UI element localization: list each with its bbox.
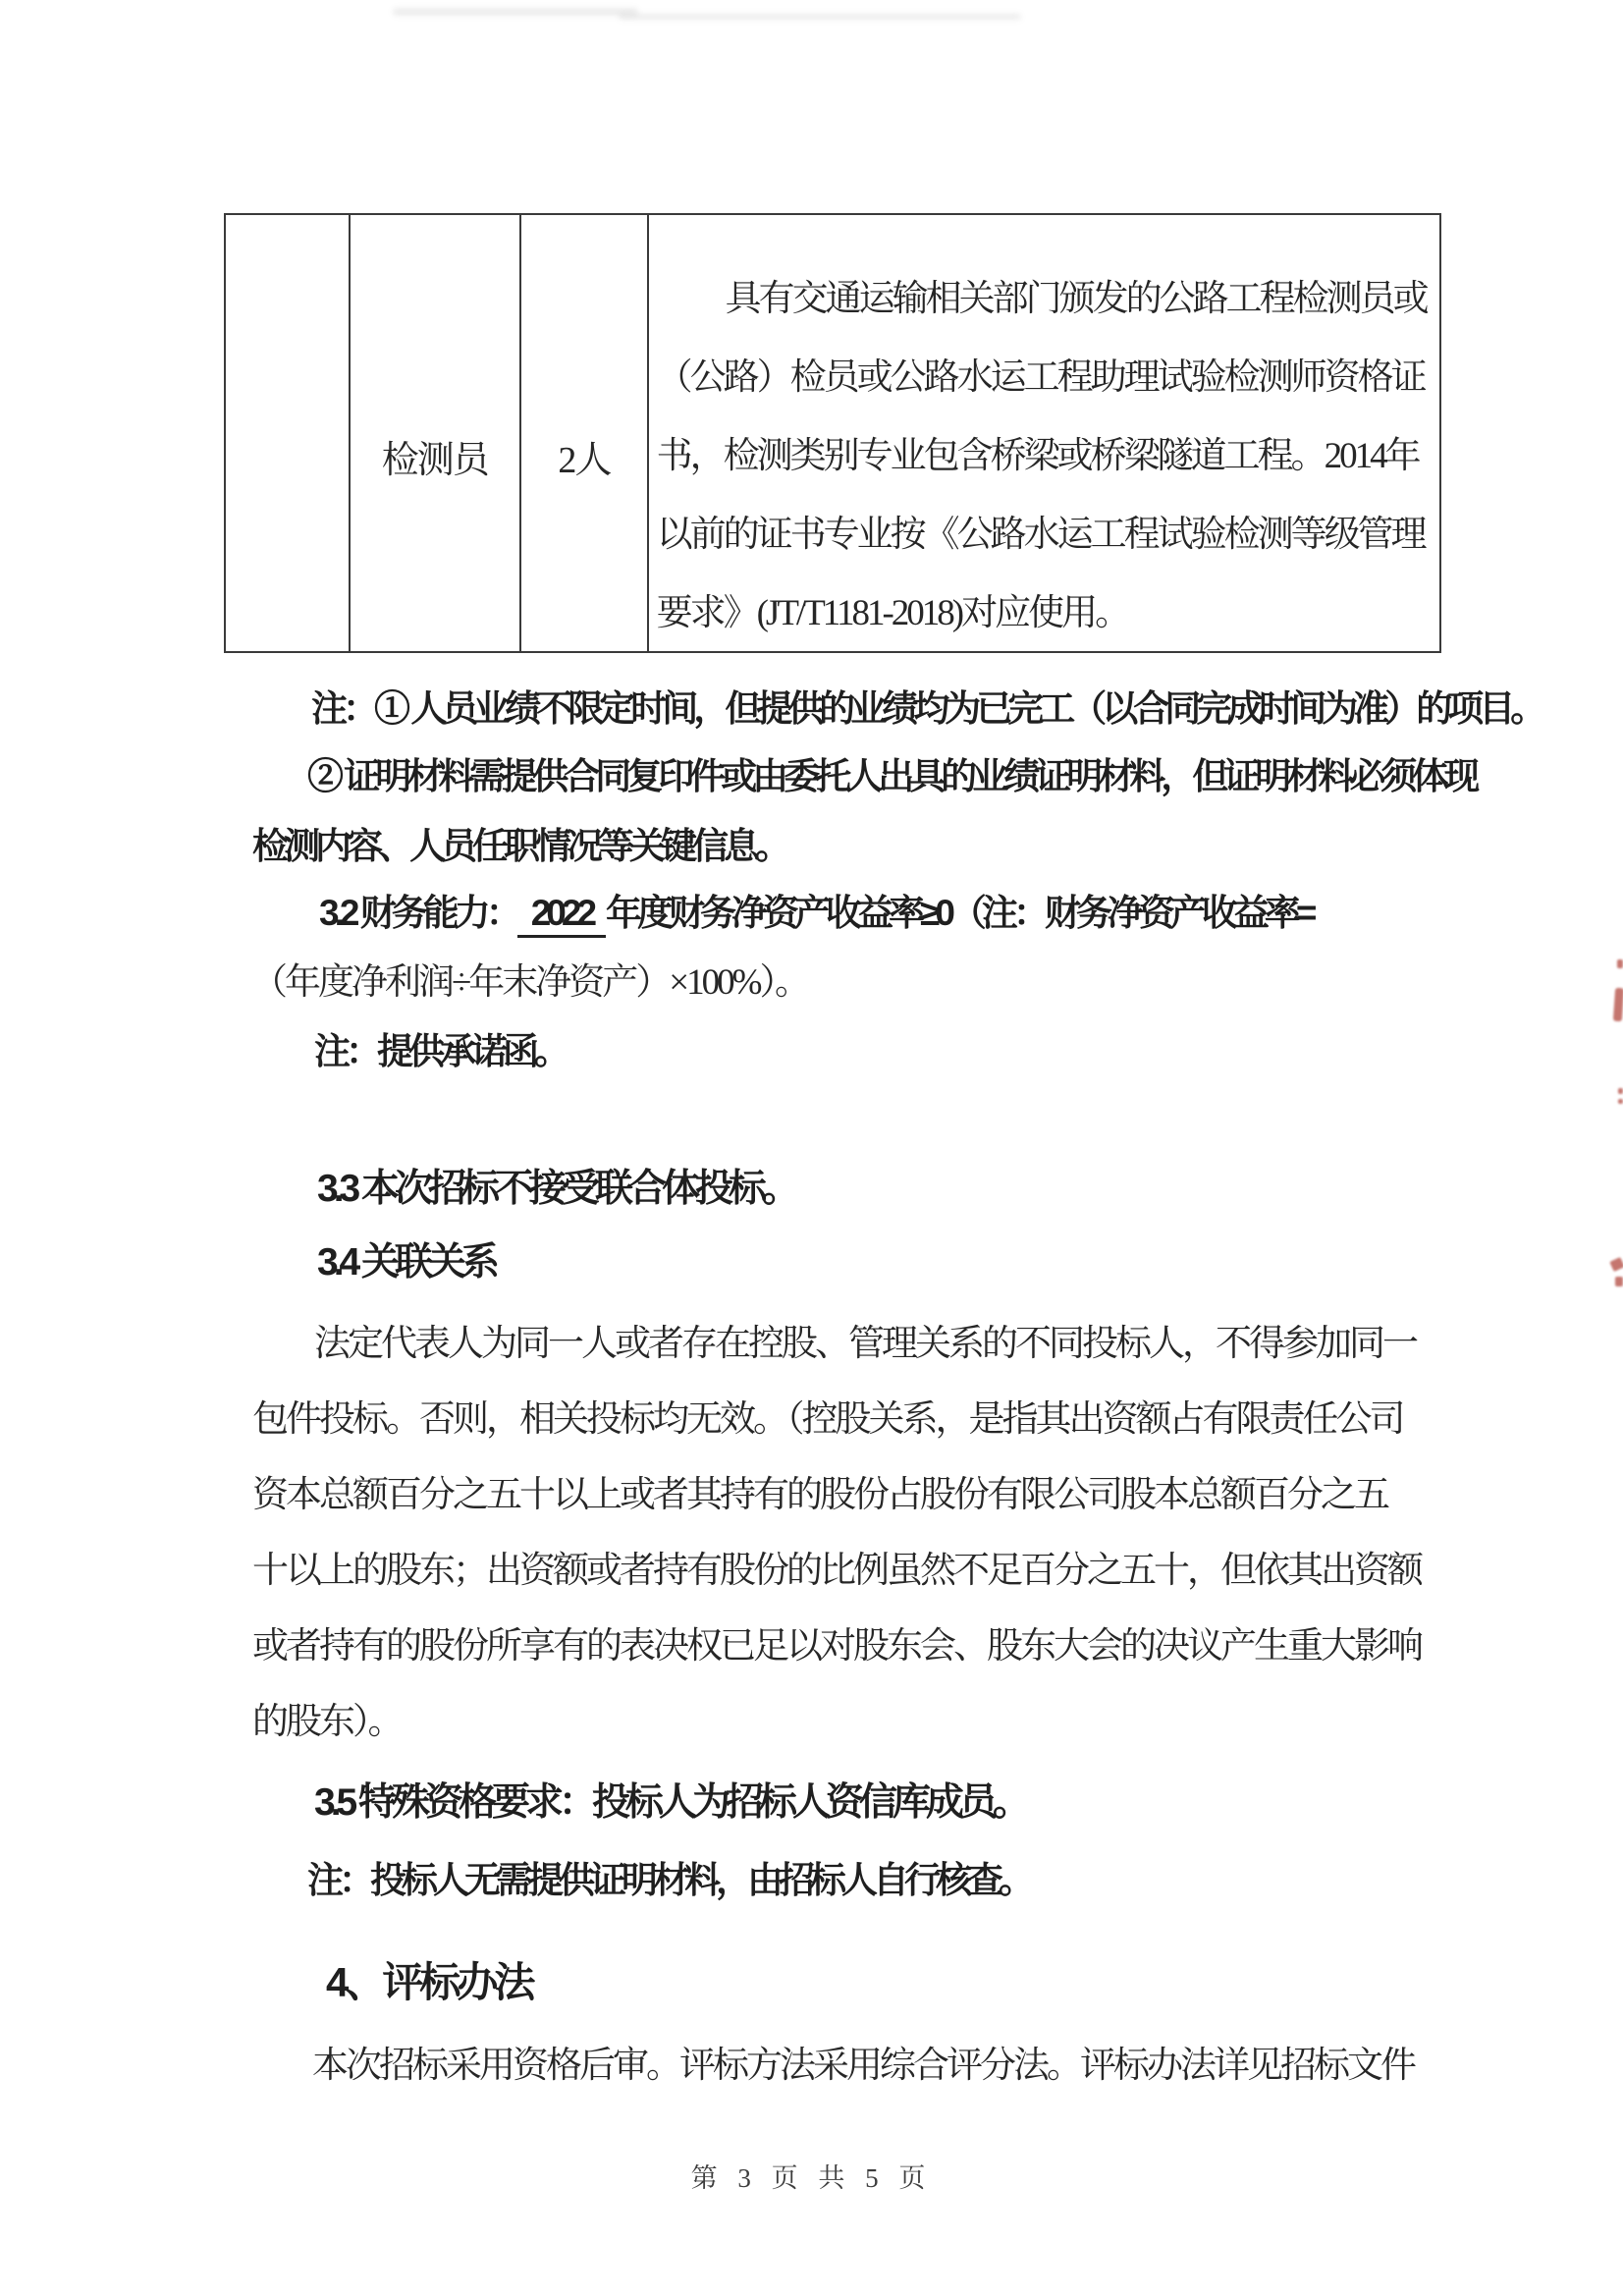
page-number: 第 3 页 共 5 页 (0, 2157, 1623, 2195)
section-3-4-body-line: 法定代表人为同一人或者存在控股、管理关系的不同投标人，不得参加同一 (314, 1326, 1416, 1362)
section-3-4-body-line: 十以上的股东；出资额或者持有股份的比例虽然不足百分之五十，但依其出资额 (252, 1553, 1421, 1589)
personnel-requirement-table: 检测员 2人 具有交通运输相关部门颁发的公路工程检测员或 （公路）检员或公路水运… (224, 213, 1441, 653)
requirement-line: 以前的证书专业按《公路水运工程试验检测等级管理 (657, 496, 1434, 574)
section-3-3-title: 3.3 本次招标不接受联合体投标。 (317, 1170, 795, 1208)
section-3-5-title: 3.5 特殊资格要求：投标人为招标人资信库成员。 (314, 1783, 1026, 1822)
section-4-body: 本次招标采用资格后审。评标方法采用综合评分法。评标办法详见招标文件 (312, 2048, 1414, 2084)
scan-smudge (393, 8, 638, 16)
section-3-4-title: 3.4 关联关系 (317, 1243, 495, 1282)
seal-fragment (1615, 1277, 1623, 1286)
seal-fragment (1613, 988, 1623, 1022)
section-3-2-line: 3.2 财务能力：2022年度财务净资产收益率≥0（注：财务净资产收益率= (319, 895, 1313, 932)
requirement-line: 书，检测类别专业包含桥梁或桥梁隧道工程。2014年 (657, 417, 1434, 496)
table-note-line-3: 检测内容、人员任职情况等关键信息。 (252, 828, 786, 864)
table-cell-quantity: 2人 (521, 215, 649, 651)
section-3-4-body-line: 的股东）。 (252, 1704, 402, 1740)
table-note-line-1: 注：① 人员业绩不限定时间，但提供的业绩均为已完工（以合同完成时间为准）的项目。 (311, 690, 1542, 727)
scan-smudge (619, 14, 1021, 20)
section-3-4-body-line: 或者持有的股份所享有的表决权已足以对股东会、股东大会的决议产生重大影响 (252, 1628, 1421, 1665)
table-note-line-2: ② 证明材料需提供合同复印件或由委托人出具的业绩证明材料，但证明材料必须体现 (307, 758, 1475, 794)
requirement-line: （公路）检员或公路水运工程助理试验检测师资格证 (657, 339, 1434, 417)
role-label: 检测员 (351, 442, 519, 479)
document-page: 检测员 2人 具有交通运输相关部门颁发的公路工程检测员或 （公路）检员或公路水运… (0, 0, 1623, 2296)
section-3-2-rest: 年度财务净资产收益率≥0（注：财务净资产收益率= (606, 893, 1313, 933)
section-3-2-continuation: （年度净利润÷年末净资产）×100%）。 (251, 964, 808, 1001)
underlined-year: 2022 (517, 893, 606, 938)
section-3-2-label: 3.2 财务能力： (319, 893, 517, 933)
table-cell-role: 检测员 (351, 215, 521, 651)
table-cell-requirement: 具有交通运输相关部门颁发的公路工程检测员或 （公路）检员或公路水运工程助理试验检… (649, 215, 1439, 651)
requirement-line: 要求》(JT/T1181-2018)对应使用。 (657, 574, 1434, 653)
seal-fragment (1618, 1099, 1623, 1104)
seal-fragment (1609, 1257, 1623, 1272)
seal-fragment (1617, 959, 1623, 968)
quantity-label: 2人 (521, 442, 647, 479)
section-3-2-note: 注：提供承诺函。 (314, 1033, 566, 1069)
section-3-4-body-line: 资本总额百分之五十以上或者其持有的股份占股份有限公司股本总额百分之五 (252, 1477, 1387, 1513)
seal-fragment (1618, 1088, 1623, 1094)
section-3-4-body-line: 包件投标。否则，相关投标均无效。（控股关系，是指其出资额占有限责任公司 (252, 1401, 1403, 1438)
requirement-line: 具有交通运输相关部门颁发的公路工程检测员或 (657, 260, 1434, 339)
table-cell-empty (226, 215, 351, 651)
section-3-5-note: 注：投标人无需提供证明材料，由招标人自行核查。 (307, 1862, 1030, 1898)
section-4-title: 4、评标办法 (326, 1962, 531, 2003)
